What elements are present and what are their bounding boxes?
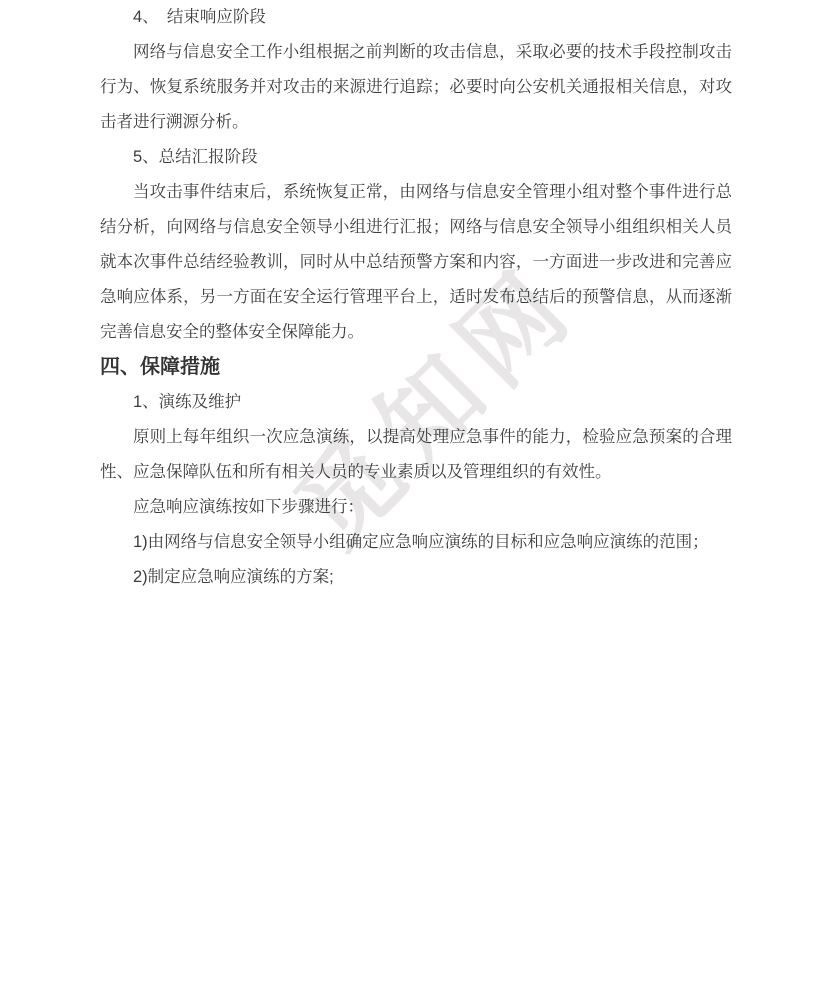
subheading-summary-report-phase: 5、总结汇报阶段 — [100, 140, 732, 175]
paragraph-end-response-phase: 网络与信息安全工作小组根据之前判断的攻击信息，采取必要的技术手段控制攻击行为、恢… — [100, 35, 732, 140]
subheading-end-response-phase: 4、 结束响应阶段 — [100, 0, 732, 35]
paragraph-drill-steps-intro: 应急响应演练按如下步骤进行： — [100, 490, 732, 525]
paragraph-drill-step-2: 2)制定应急响应演练的方案; — [100, 560, 732, 595]
document-content: 4、 结束响应阶段 网络与信息安全工作小组根据之前判断的攻击信息，采取必要的技术… — [100, 0, 732, 595]
section-heading-safeguard-measures: 四、保障措施 — [100, 350, 732, 385]
subheading-drill-and-maintenance: 1、演练及维护 — [100, 385, 732, 420]
paragraph-summary-report-phase: 当攻击事件结束后，系统恢复正常，由网络与信息安全管理小组对整个事件进行总结分析，… — [100, 175, 732, 350]
paragraph-drill-principle: 原则上每年组织一次应急演练，以提高处理应急事件的能力，检验应急预案的合理性、应急… — [100, 420, 732, 490]
document-page: 觅知网 4、 结束响应阶段 网络与信息安全工作小组根据之前判断的攻击信息，采取必… — [0, 0, 830, 986]
paragraph-drill-step-1: 1)由网络与信息安全领导小组确定应急响应演练的目标和应急响应演练的范围； — [100, 525, 732, 560]
